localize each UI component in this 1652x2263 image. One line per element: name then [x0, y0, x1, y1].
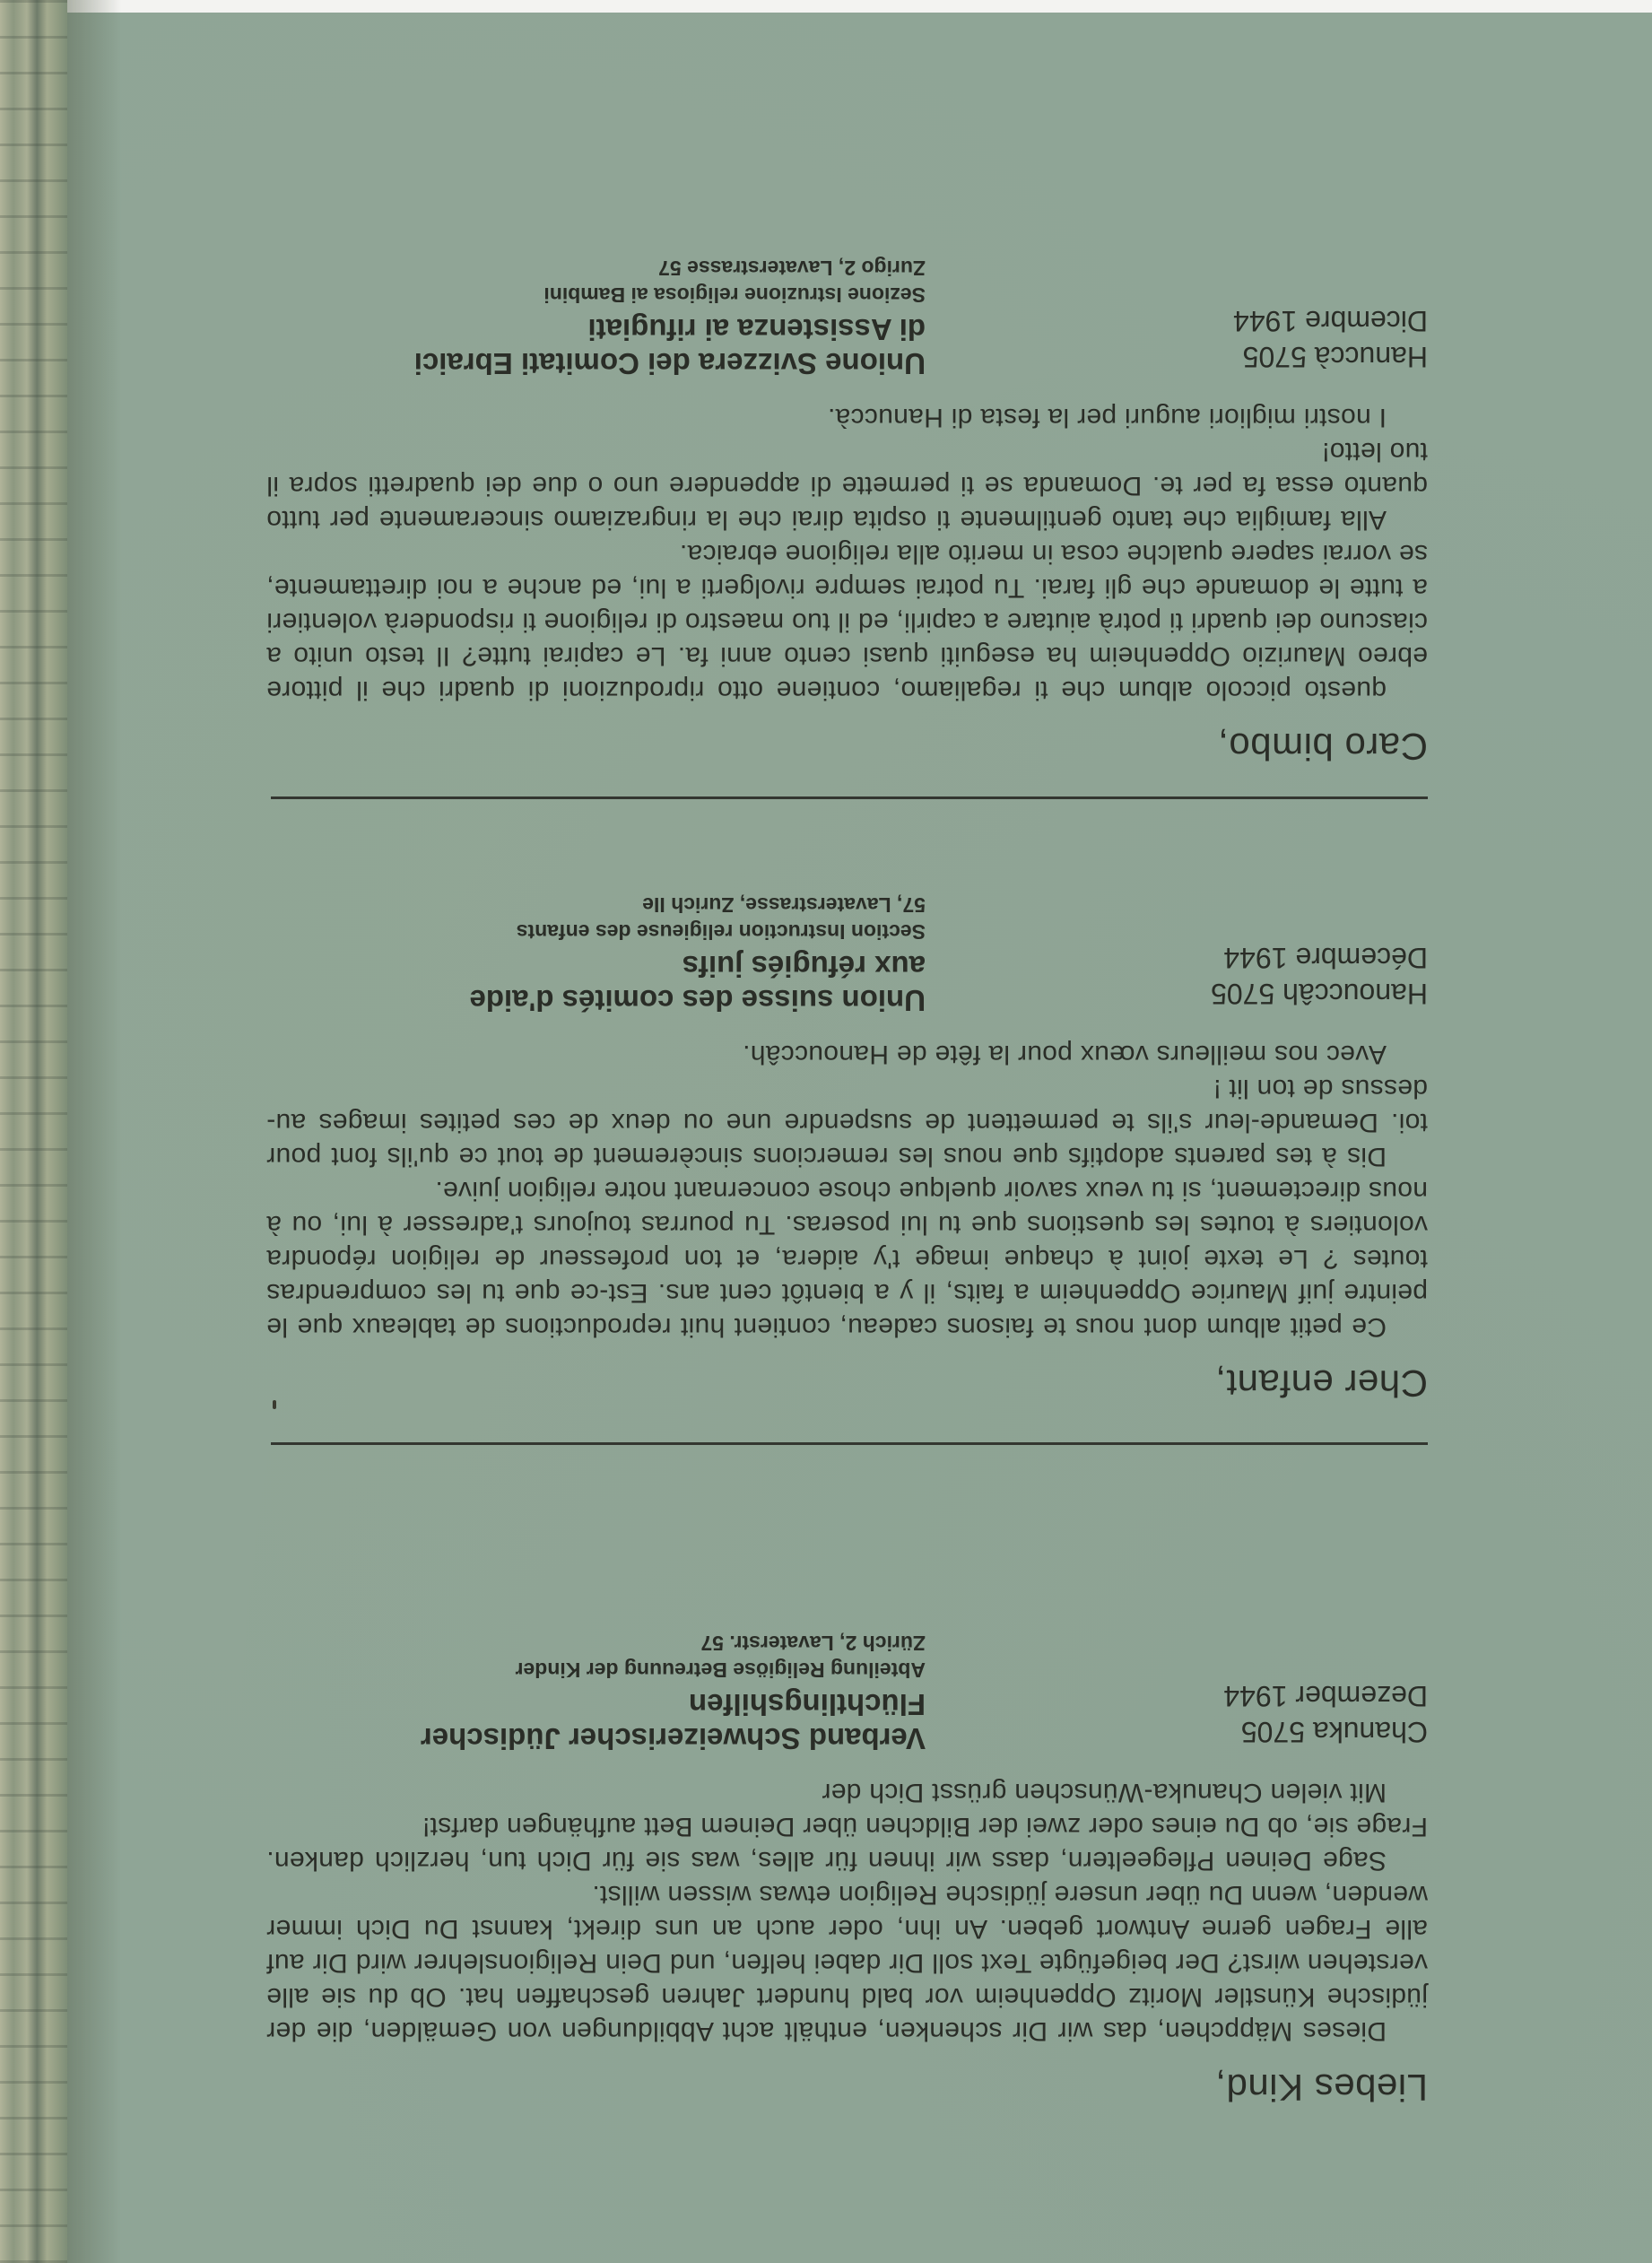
french-date-hebrew: Hanouccâh 5705 — [1211, 976, 1428, 1012]
french-org-line1: Union suisse des comités d'aide — [370, 983, 926, 1017]
german-organization: Verband Schweizerischer Jüdischer Flücht… — [370, 1630, 926, 1755]
italian-date: Hanuccà 5705 Dicembre 1944 — [1233, 303, 1428, 375]
binding-shadow — [67, 0, 121, 2263]
italian-department: Sezione Istruzione religiosa ai Bambini — [370, 282, 926, 309]
italian-section: Caro bimbo, questo piccolo album che ti … — [266, 246, 1428, 770]
italian-org-line2: di Assistenza ai rifugiati — [370, 312, 926, 346]
italian-paragraph-1: questo piccolo album che ti regaliamo, c… — [266, 536, 1428, 707]
document-page-rotated: Liebes Kind, Dieses Mäppchen, das wir Di… — [0, 0, 1652, 2263]
italian-date-hebrew: Hanuccà 5705 — [1233, 339, 1428, 375]
german-date-gregorian: Dezember 1944 — [1223, 1678, 1428, 1714]
german-signature: Chanuka 5705 Dezember 1944 Verband Schwe… — [266, 1621, 1428, 1755]
german-paragraph-1: Dieses Mäppchen, das wir Dir schenken, e… — [266, 1877, 1428, 2048]
french-org-line2: aux réfugiés juifs — [370, 949, 926, 983]
german-section: Liebes Kind, Dieses Mäppchen, das wir Di… — [266, 1621, 1428, 2111]
german-org-line1: Verband Schweizerischer Jüdischer — [370, 1721, 926, 1755]
french-section: Cher enfant, Ce petit album dont nous te… — [266, 883, 1428, 1406]
italian-paragraph-2: Alla famiglia che tanto gentilmente ti o… — [266, 434, 1428, 536]
italian-closing: I nostri migliori auguri per la festa di… — [266, 400, 1428, 434]
german-salutation: Liebes Kind, — [266, 2064, 1428, 2111]
french-organization: Union suisse des comités d'aide aux réfu… — [370, 892, 926, 1017]
german-paragraph-2: Sage Deinen Pflegeeltern, dass wir ihnen… — [266, 1809, 1428, 1877]
french-signature: Hanouccâh 5705 Décembre 1944 Union suiss… — [266, 883, 1428, 1017]
scanned-page: Liebes Kind, Dieses Mäppchen, das wir Di… — [0, 0, 1652, 2263]
french-paragraph-1: Ce petit album dont nous te faisons cade… — [266, 1173, 1428, 1344]
french-date-gregorian: Décembre 1944 — [1211, 940, 1428, 976]
italian-org-line1: Unione Svizzera dei Comitati Ebraici — [370, 346, 926, 380]
french-closing: Avec nos meilleurs vœux pour la fête de … — [266, 1037, 1428, 1071]
italian-signature: Hanuccà 5705 Dicembre 1944 Unione Svizze… — [266, 246, 1428, 380]
italian-organization: Unione Svizzera dei Comitati Ebraici di … — [370, 255, 926, 380]
german-date-hebrew: Chanuka 5705 — [1223, 1714, 1428, 1750]
german-date: Chanuka 5705 Dezember 1944 — [1223, 1678, 1428, 1750]
italian-date-gregorian: Dicembre 1944 — [1233, 303, 1428, 339]
french-address: 57, Lavaterstrasse, Zurich IIe — [370, 892, 926, 918]
torn-binding-edge — [0, 0, 67, 2263]
french-department: Section Instruction religieuse des enfan… — [370, 918, 926, 945]
section-divider-2 — [271, 796, 1428, 799]
german-department: Abteilung Religiöse Betreuung der Kinder — [370, 1657, 926, 1684]
section-divider-1 — [271, 1442, 1428, 1445]
german-org-line2: Flüchtlingshilfen — [370, 1687, 926, 1721]
italian-address: Zurigo 2, Lavaterstrasse 57 — [370, 255, 926, 282]
german-closing: Mit vielen Chanuka-Wünschen grüsst Dich … — [266, 1775, 1428, 1809]
italian-salutation: Caro bimbo, — [266, 723, 1428, 770]
french-date: Hanouccâh 5705 Décembre 1944 — [1211, 940, 1428, 1012]
french-salutation: Cher enfant, — [266, 1360, 1428, 1406]
french-paragraph-2: Dis à tes parents adoptifs que nous les … — [266, 1071, 1428, 1173]
german-address: Zürich 2, Lavaterstr. 57 — [370, 1630, 926, 1657]
